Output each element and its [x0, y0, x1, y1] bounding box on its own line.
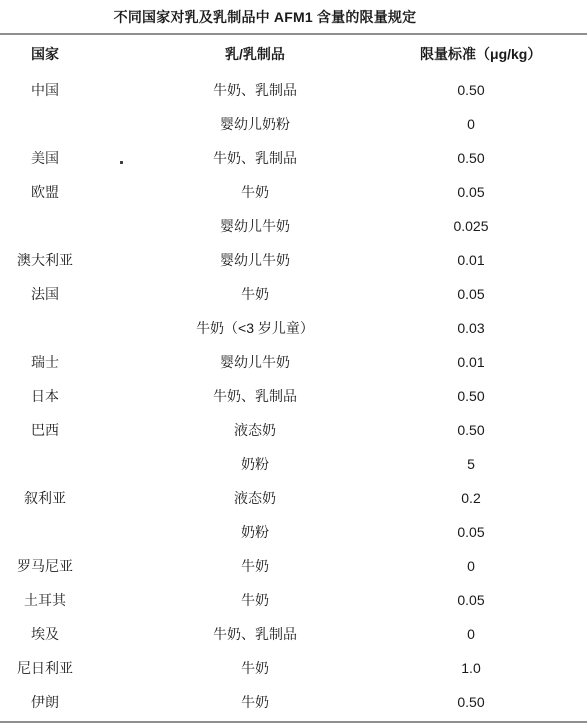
product-cell: 婴幼儿牛奶: [90, 209, 420, 243]
limit-cell: 0.05: [420, 583, 587, 617]
table-row: 奶粉 5: [0, 447, 587, 481]
product-cell: 牛奶: [90, 583, 420, 617]
product-cell: 牛奶: [90, 651, 420, 685]
bottom-rule: [0, 721, 587, 723]
product-cell: 牛奶: [90, 277, 420, 311]
country-cell: 巴西: [0, 413, 90, 447]
product-cell: 牛奶（<3 岁儿童）: [90, 311, 420, 345]
country-cell: [0, 447, 90, 481]
table-row: 尼日利亚 牛奶 1.0: [0, 651, 587, 685]
product-cell: 牛奶、乳制品: [90, 141, 420, 175]
country-cell: 伊朗: [0, 685, 90, 719]
product-cell: 牛奶: [90, 549, 420, 583]
limit-cell: 0: [420, 107, 587, 141]
table-row: 土耳其 牛奶 0.05: [0, 583, 587, 617]
table-row: 牛奶（<3 岁儿童） 0.03: [0, 311, 587, 345]
table-row: 中国 牛奶、乳制品 0.50: [0, 73, 587, 107]
country-cell: [0, 107, 90, 141]
limit-cell: 0.50: [420, 379, 587, 413]
country-cell: 法国: [0, 277, 90, 311]
country-cell: 埃及: [0, 617, 90, 651]
table-row: 法国 牛奶 0.05: [0, 277, 587, 311]
country-cell: 澳大利亚: [0, 243, 90, 277]
table-row: 埃及 牛奶、乳制品 0: [0, 617, 587, 651]
product-cell: 液态奶: [90, 413, 420, 447]
country-cell: 瑞士: [0, 345, 90, 379]
stray-period-mark: [120, 161, 123, 164]
limit-cell: 0.05: [420, 515, 587, 549]
table-row: 叙利亚 液态奶 0.2: [0, 481, 587, 515]
product-cell: 液态奶: [90, 481, 420, 515]
limit-cell: 0: [420, 617, 587, 651]
country-cell: 欧盟: [0, 175, 90, 209]
product-cell: 奶粉: [90, 447, 420, 481]
product-cell: 牛奶: [90, 685, 420, 719]
table-row: 婴幼儿奶粉 0: [0, 107, 587, 141]
limit-cell: 5: [420, 447, 587, 481]
table-row: 日本 牛奶、乳制品 0.50: [0, 379, 587, 413]
limit-cell: 0.05: [420, 175, 587, 209]
table-row: 巴西 液态奶 0.50: [0, 413, 587, 447]
table-row: 奶粉 0.05: [0, 515, 587, 549]
country-cell: 叙利亚: [0, 481, 90, 515]
product-cell: 婴幼儿牛奶: [90, 345, 420, 379]
limit-cell: 0.50: [420, 73, 587, 107]
country-cell: 尼日利亚: [0, 651, 90, 685]
limit-cell: 0.50: [420, 413, 587, 447]
product-cell: 婴幼儿奶粉: [90, 107, 420, 141]
country-cell: 日本: [0, 379, 90, 413]
column-header-country: 国家: [0, 35, 90, 73]
table-row: 伊朗 牛奶 0.50: [0, 685, 587, 719]
country-cell: [0, 209, 90, 243]
table-title: 不同国家对乳及乳制品中 AFM1 含量的限量规定: [0, 0, 530, 33]
country-cell: 罗马尼亚: [0, 549, 90, 583]
limits-table: 国家 乳/乳制品 限量标准（μg/kg） 中国 牛奶、乳制品 0.50 婴幼儿奶…: [0, 35, 587, 719]
product-cell: 婴幼儿牛奶: [90, 243, 420, 277]
product-cell: 牛奶: [90, 175, 420, 209]
limit-cell: 0.01: [420, 345, 587, 379]
table-figure: 不同国家对乳及乳制品中 AFM1 含量的限量规定 国家 乳/乳制品 限量标准（μ…: [0, 0, 587, 726]
limit-cell: 0.01: [420, 243, 587, 277]
table-row: 澳大利亚 婴幼儿牛奶 0.01: [0, 243, 587, 277]
column-header-limit: 限量标准（μg/kg）: [420, 35, 587, 73]
limit-cell: 0.05: [420, 277, 587, 311]
header-row: 国家 乳/乳制品 限量标准（μg/kg）: [0, 35, 587, 73]
table-body: 中国 牛奶、乳制品 0.50 婴幼儿奶粉 0 美国 牛奶、乳制品 0.50 欧盟…: [0, 73, 587, 719]
country-cell: 中国: [0, 73, 90, 107]
limit-cell: 0.03: [420, 311, 587, 345]
product-cell: 奶粉: [90, 515, 420, 549]
table-row: 罗马尼亚 牛奶 0: [0, 549, 587, 583]
country-cell: [0, 311, 90, 345]
table-row: 婴幼儿牛奶 0.025: [0, 209, 587, 243]
country-cell: 美国: [0, 141, 90, 175]
table-row: 欧盟 牛奶 0.05: [0, 175, 587, 209]
table-row: 美国 牛奶、乳制品 0.50: [0, 141, 587, 175]
country-cell: [0, 515, 90, 549]
table-row: 瑞士 婴幼儿牛奶 0.01: [0, 345, 587, 379]
limit-cell: 0: [420, 549, 587, 583]
column-header-product: 乳/乳制品: [90, 35, 420, 73]
limit-cell: 0.50: [420, 141, 587, 175]
limit-cell: 0.2: [420, 481, 587, 515]
table-header: 国家 乳/乳制品 限量标准（μg/kg）: [0, 35, 587, 73]
product-cell: 牛奶、乳制品: [90, 379, 420, 413]
limit-cell: 0.025: [420, 209, 587, 243]
product-cell: 牛奶、乳制品: [90, 73, 420, 107]
country-cell: 土耳其: [0, 583, 90, 617]
product-cell: 牛奶、乳制品: [90, 617, 420, 651]
limit-cell: 0.50: [420, 685, 587, 719]
limit-cell: 1.0: [420, 651, 587, 685]
